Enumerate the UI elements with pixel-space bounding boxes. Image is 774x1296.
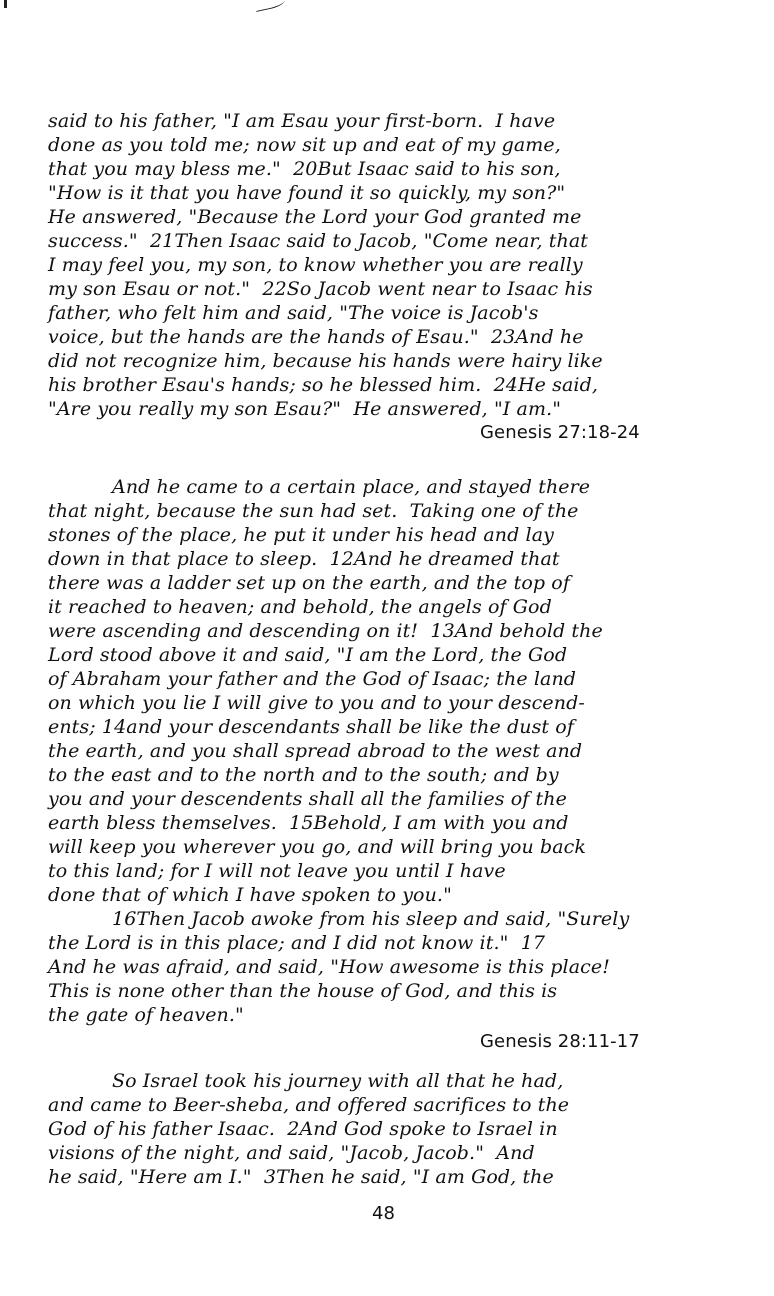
text-line: the Lord is in this place; and I did not… — [48, 932, 545, 954]
scripture-reference: Genesis 28:11-17 — [480, 1031, 640, 1052]
text-line: done that of which I have spoken to you.… — [48, 884, 452, 906]
text-line: will keep you wherever you go, and will … — [48, 836, 586, 858]
text-line: And he came to a certain place, and stay… — [112, 476, 590, 498]
text-line: on which you lie I will give to you and … — [48, 692, 585, 714]
text-line: And he was afraid, and said, "How awesom… — [48, 956, 610, 978]
text-line: done as you told me; now sit up and eat … — [48, 134, 561, 156]
text-line: to this land; for I will not leave you u… — [48, 860, 506, 882]
text-line: So Israel took his journey with all that… — [112, 1070, 563, 1092]
text-line: that night, because the sun had set. Tak… — [48, 500, 579, 522]
text-line: the earth, and you shall spread abroad t… — [48, 740, 582, 762]
text-line: Lord stood above it and said, "I am the … — [48, 644, 567, 666]
text-line: there was a ladder set up on the earth, … — [48, 572, 570, 594]
scan-artifact-stroke — [254, 0, 285, 12]
text-line: he said, "Here am I." 3Then he said, "I … — [48, 1166, 554, 1188]
text-line: did not recognize him, because his hands… — [48, 350, 603, 372]
text-line: stones of the place, he put it under his… — [48, 524, 554, 546]
text-line: I may feel you, my son, to know whether … — [48, 254, 583, 276]
text-line: "Are you really my son Esau?" He answere… — [48, 398, 561, 420]
text-line: it reached to heaven; and behold, the an… — [48, 596, 552, 618]
text-line: "How is it that you have found it so qui… — [48, 182, 565, 204]
page-number: 48 — [372, 1203, 395, 1224]
text-line: and came to Beer-sheba, and offered sacr… — [48, 1094, 569, 1116]
text-line: of Abraham your father and the God of Is… — [48, 668, 576, 690]
text-line: visions of the night, and said, "Jacob, … — [48, 1142, 535, 1164]
text-line: earth bless themselves. 15Behold, I am w… — [48, 812, 569, 834]
text-line: voice, but the hands are the hands of Es… — [48, 326, 584, 348]
scripture-reference: Genesis 27:18-24 — [480, 422, 640, 443]
text-line: This is none other than the house of God… — [48, 980, 557, 1002]
text-line: that you may bless me." 20But Isaac said… — [48, 158, 561, 180]
text-line: down in that place to sleep. 12And he dr… — [48, 548, 560, 570]
text-line: his brother Esau's hands; so he blessed … — [48, 374, 598, 396]
text-line: the gate of heaven." — [48, 1004, 244, 1026]
text-line: said to his father, "I am Esau your firs… — [48, 110, 555, 132]
text-line: to the east and to the north and to the … — [48, 764, 559, 786]
text-line: father, who felt him and said, "The voic… — [48, 302, 538, 324]
text-line: He answered, "Because the Lord your God … — [48, 206, 581, 228]
text-line: you and your descendents shall all the f… — [48, 788, 567, 810]
text-line: success." 21Then Isaac said to Jacob, "C… — [48, 230, 588, 252]
scanned-book-page: said to his father, "I am Esau your firs… — [0, 0, 774, 1296]
text-line: God of his father Isaac. 2And God spoke … — [48, 1118, 558, 1140]
text-line: 16Then Jacob awoke from his sleep and sa… — [112, 908, 629, 930]
text-line: were ascending and descending on it! 13A… — [48, 620, 603, 642]
text-line: my son Esau or not." 22So Jacob went nea… — [48, 278, 593, 300]
text-line: ents; 14and your descendants shall be li… — [48, 716, 574, 738]
scan-artifact-mark — [4, 0, 7, 8]
